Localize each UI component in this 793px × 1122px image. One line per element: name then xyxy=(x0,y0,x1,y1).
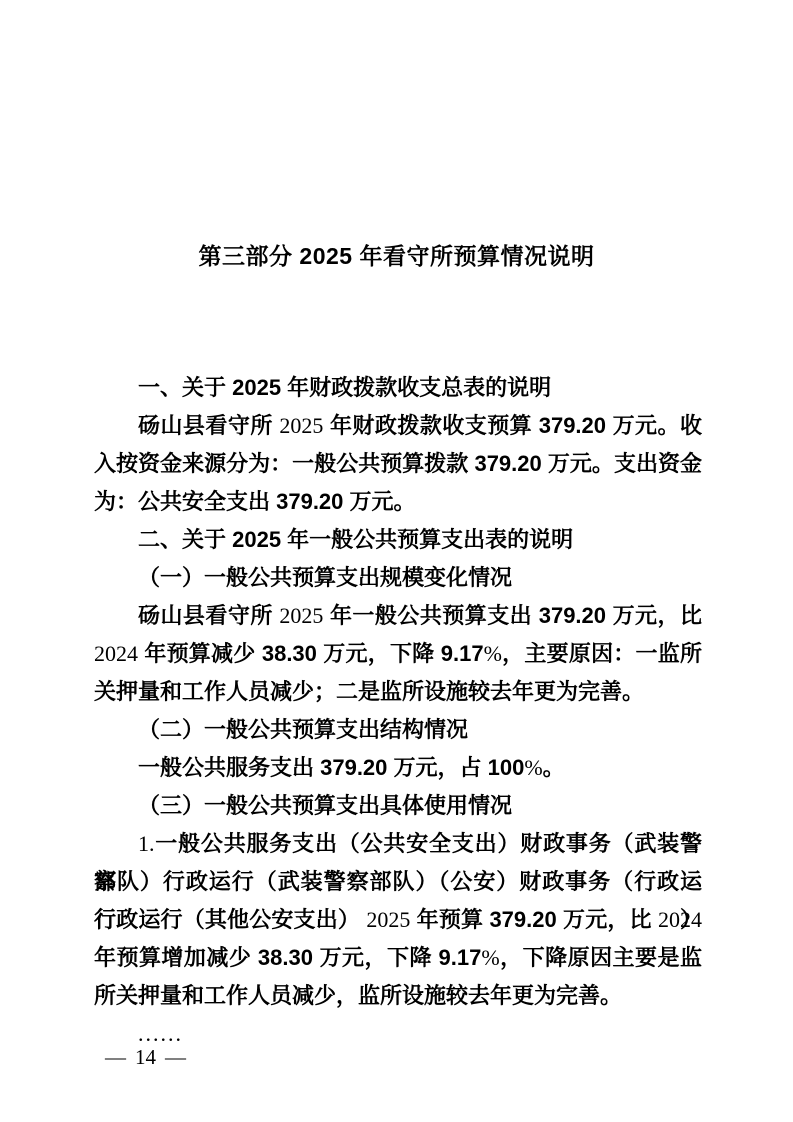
text-run: % xyxy=(484,641,502,666)
footer-right-dash: — xyxy=(156,1045,195,1069)
body-line: 一般公共服务支出 379.20 万元，占 100%。 xyxy=(94,749,702,787)
text-run: 1. xyxy=(138,831,155,856)
body-line: 二、关于 2025 年一般公共预算支出表的说明 xyxy=(94,521,702,559)
document-page: 第三部分 2025 年看守所预算情况说明 一、关于 2025 年财政拨款收支总表… xyxy=(0,0,793,1122)
text-run: 砀山县看守所 xyxy=(138,603,279,628)
text-run: ，主要原因：一监所 xyxy=(502,641,702,666)
footer-page-number: 14 xyxy=(135,1045,156,1069)
text-run: 二、关于 2025 年一般公共预算支出表的说明 xyxy=(138,527,573,552)
text-run: 行政运行（其他公安支出） xyxy=(94,907,366,932)
text-run: ，下降原因主要是监 xyxy=(500,945,702,970)
body-line: （一）一般公共预算支出规模变化情况 xyxy=(94,559,702,597)
text-run: 砀山县看守所 xyxy=(138,413,279,438)
text-run: 2024 xyxy=(94,641,138,666)
body-line: 砀山县看守所 2025 年一般公共预算支出 379.20 万元，比 xyxy=(94,597,702,635)
text-run: % xyxy=(481,945,499,970)
text-run: 一、关于 2025 年财政拨款收支总表的说明 xyxy=(138,375,551,400)
text-run: （一）一般公共预算支出规模变化情况 xyxy=(138,565,512,590)
text-run: 2025 xyxy=(279,413,323,438)
body-line: 年预算增加减少 38.30 万元，下降 9.17%，下降原因主要是监 xyxy=(94,939,702,977)
text-run: 年预算增加减少 38.30 万元，下降 9.17 xyxy=(94,945,481,970)
footer-left-dash: — xyxy=(96,1045,135,1069)
body-line: 关押量和工作人员减少；二是监所设施较去年更为完善。 xyxy=(94,673,702,711)
text-run: ...... xyxy=(138,1021,183,1046)
body-line: 所关押量和工作人员减少，监所设施较去年更为完善。 xyxy=(94,977,702,1015)
body-content: 一、关于 2025 年财政拨款收支总表的说明砀山县看守所 2025 年财政拨款收… xyxy=(94,369,702,1053)
text-run: 为：公共安全支出 379.20 万元。 xyxy=(94,489,416,514)
text-run: 2024 xyxy=(658,907,702,932)
body-line: 为：公共安全支出 379.20 万元。 xyxy=(94,483,702,521)
page-footer: —14— xyxy=(96,1044,195,1070)
text-run: （三）一般公共预算支出具体使用情况 xyxy=(138,793,512,818)
body-line: 2024 年预算减少 38.30 万元，下降 9.17%，主要原因：一监所 xyxy=(94,635,702,673)
text-run: 所关押量和工作人员减少，监所设施较去年更为完善。 xyxy=(94,983,622,1008)
body-line: 入按资金来源分为：一般公共预算拨款 379.20 万元。支出资金 xyxy=(94,445,702,483)
body-line: 一、关于 2025 年财政拨款收支总表的说明 xyxy=(94,369,702,407)
body-line: （三）一般公共预算支出具体使用情况 xyxy=(94,787,702,825)
text-run: % xyxy=(524,755,542,780)
text-run: 年一般公共预算支出 379.20 万元，比 xyxy=(323,603,702,628)
text-run: 关押量和工作人员减少；二是监所设施较去年更为完善。 xyxy=(94,679,644,704)
body-line: 1.一般公共服务支出（公共安全支出）财政事务（武装警察 xyxy=(94,825,702,863)
text-run: 年预算 379.20 万元，比 xyxy=(410,907,658,932)
text-run: 一般公共服务支出 379.20 万元，占 100 xyxy=(138,755,524,780)
text-run: 年预算减少 38.30 万元，下降 9.17 xyxy=(138,641,484,666)
text-run: 入按资金来源分为：一般公共预算拨款 379.20 万元。支出资金 xyxy=(94,451,702,476)
text-run: 2025 xyxy=(366,907,410,932)
text-run: 2025 xyxy=(279,603,323,628)
text-run: 。 xyxy=(543,755,565,780)
body-line: （二）一般公共预算支出结构情况 xyxy=(94,711,702,749)
body-line: 部队）行政运行（武装警察部队）（公安）财政事务（行政运行） xyxy=(94,863,702,901)
page-title: 第三部分 2025 年看守所预算情况说明 xyxy=(0,238,793,271)
body-line: 行政运行（其他公安支出） 2025 年预算 379.20 万元，比 2024 xyxy=(94,901,702,939)
body-line: 砀山县看守所 2025 年财政拨款收支预算 379.20 万元。收 xyxy=(94,407,702,445)
text-run: 年财政拨款收支预算 379.20 万元。收 xyxy=(323,413,702,438)
text-run: （二）一般公共预算支出结构情况 xyxy=(138,717,468,742)
